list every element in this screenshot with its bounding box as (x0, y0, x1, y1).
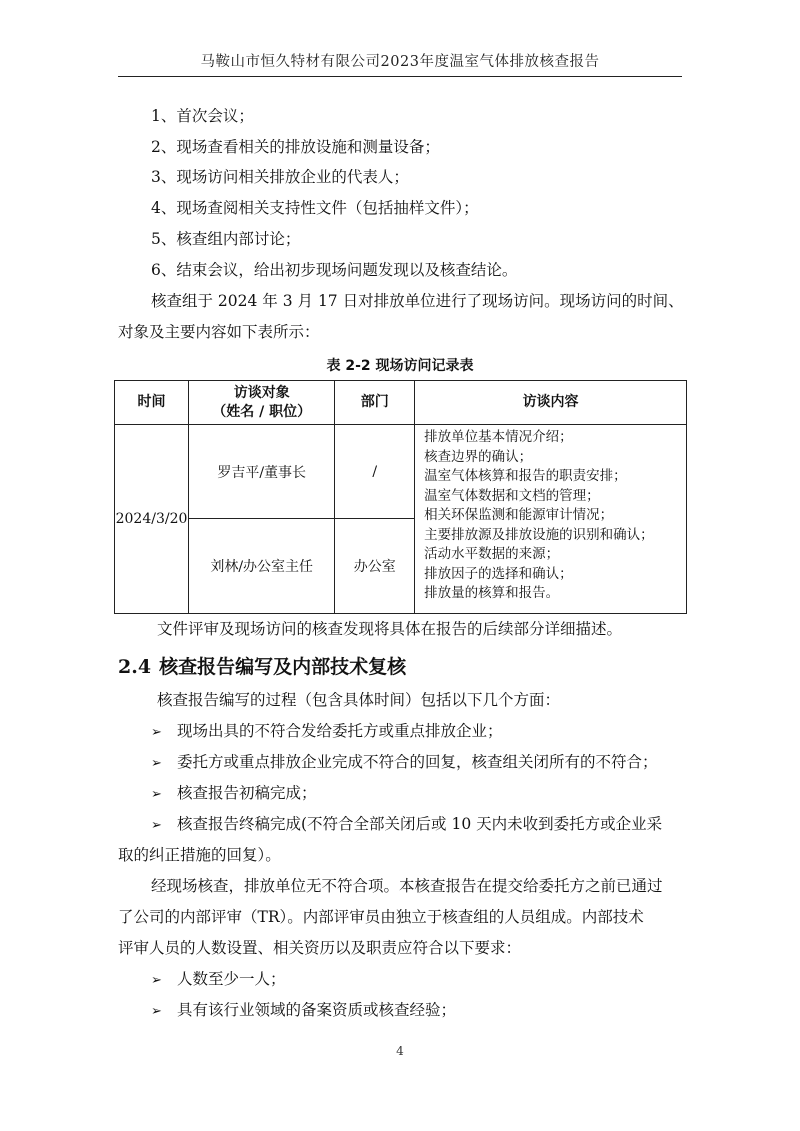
process-item: ➢委托方或重点排放企业完成不符合的回复，核查组关闭所有的不符合； (151, 752, 658, 774)
table-row: 2024/3/20 罗吉平/董事长 / 排放单位基本情况介绍； 核查边界的确认；… (115, 425, 687, 519)
arrow-bullet-icon: ➢ (151, 971, 177, 991)
table-caption: 表 2-2 现场访问记录表 (0, 355, 800, 375)
arrow-bullet-icon: ➢ (151, 754, 177, 774)
step-4: 4、现场查阅相关支持性文件（包括抽样文件）； (151, 198, 479, 218)
requirement-item: ➢具有该行业领域的备案资质或核查经验； (151, 1000, 456, 1022)
requirement-item: ➢人数至少一人； (151, 969, 286, 991)
page-number: 4 (0, 1044, 800, 1058)
review-paragraph-line3: 评审人员的人数设置、相关资历以及职责应符合以下要求： (118, 938, 521, 958)
visit-paragraph-line2: 对象及主要内容如下表所示： (118, 322, 320, 342)
process-item: ➢现场出具的不符合发给委托方或重点排放企业； (151, 721, 503, 743)
requirement-text: 具有该行业领域的备案资质或核查经验； (177, 1001, 456, 1019)
process-item-text: 委托方或重点排放企业完成不符合的回复，核查组关闭所有的不符合； (177, 753, 658, 771)
process-item: ➢核查报告终稿完成(不符合全部关闭后或 10 天内未收到委托方或企业采 (151, 814, 662, 836)
interviewee-1: 罗吉平/董事长 (188, 425, 334, 519)
arrow-bullet-icon: ➢ (151, 816, 177, 836)
interviewee-2: 刘林/办公室主任 (188, 519, 334, 614)
content-item: 相关环保监测和能源审计情况； (424, 506, 686, 526)
content-item: 排放单位基本情况介绍； (424, 428, 686, 448)
requirement-text: 人数至少一人； (177, 970, 286, 988)
table-header-row: 时间 访谈对象 （姓名 / 职位） 部门 访谈内容 (115, 381, 687, 425)
visit-paragraph-line1: 核查组于 2024 年 3 月 17 日对排放单位进行了现场访问。现场访问的时间… (151, 291, 684, 311)
step-6: 6、结束会议，给出初步现场问题发现以及核查结论。 (151, 260, 517, 280)
process-item-text: 核查报告终稿完成(不符合全部关闭后或 10 天内未收到委托方或企业采 (177, 815, 662, 833)
visit-date: 2024/3/20 (115, 425, 189, 614)
content-item: 主要排放源及排放设施的识别和确认； (424, 526, 686, 546)
header-rule (118, 76, 682, 77)
step-3: 3、现场访问相关排放企业的代表人； (151, 167, 409, 187)
header-content: 访谈内容 (415, 381, 687, 425)
process-item-4-continuation: 取的纠正措施的回复）。 (118, 845, 281, 865)
visit-record-table: 时间 访谈对象 （姓名 / 职位） 部门 访谈内容 2024/3/20 罗吉平/… (114, 380, 687, 614)
content-item: 排放因子的选择和确认； (424, 565, 686, 585)
department-1: / (335, 425, 415, 519)
arrow-bullet-icon: ➢ (151, 785, 177, 805)
header-interviewee: 访谈对象 （姓名 / 职位） (188, 381, 334, 425)
process-item: ➢核查报告初稿完成； (151, 783, 317, 805)
header-interviewee-line1: 访谈对象 (189, 384, 334, 403)
header-interviewee-line2: （姓名 / 职位） (189, 403, 334, 422)
content-item: 排放量的核算和报告。 (424, 584, 686, 604)
department-2: 办公室 (335, 519, 415, 614)
section-heading: 2.4核查报告编写及内部技术复核 (118, 652, 406, 679)
after-table-text: 文件评审及现场访问的核查发现将具体在报告的后续部分详细描述。 (157, 619, 622, 639)
step-5: 5、核查组内部讨论； (151, 229, 300, 249)
review-paragraph-line1: 经现场核查，排放单位无不符合项。本核查报告在提交给委托方之前已通过 (151, 876, 663, 896)
content-item: 活动水平数据的来源； (424, 545, 686, 565)
step-2: 2、现场查看相关的排放设施和测量设备； (151, 137, 440, 157)
section-number: 2.4 (118, 656, 151, 678)
header-time: 时间 (115, 381, 189, 425)
running-header: 马鞍山市恒久特材有限公司2023年度温室气体排放核查报告 (118, 50, 682, 71)
process-intro: 核查报告编写的过程（包含具体时间）包括以下几个方面： (157, 690, 560, 710)
arrow-bullet-icon: ➢ (151, 723, 177, 743)
content-item: 核查边界的确认； (424, 448, 686, 468)
step-1: 1、首次会议； (151, 106, 254, 126)
content-item: 温室气体核算和报告的职责安排； (424, 467, 686, 487)
section-title: 核查报告编写及内部技术复核 (159, 656, 406, 678)
process-item-text: 核查报告初稿完成； (177, 784, 317, 802)
content-item: 温室气体数据和文档的管理； (424, 487, 686, 507)
interview-content: 排放单位基本情况介绍； 核查边界的确认； 温室气体核算和报告的职责安排； 温室气… (415, 425, 687, 614)
process-item-text: 现场出具的不符合发给委托方或重点排放企业； (177, 722, 503, 740)
review-paragraph-line2: 了公司的内部评审（TR）。内部评审员由独立于核查组的人员组成。内部技术 (118, 907, 644, 927)
arrow-bullet-icon: ➢ (151, 1002, 177, 1022)
header-department: 部门 (335, 381, 415, 425)
